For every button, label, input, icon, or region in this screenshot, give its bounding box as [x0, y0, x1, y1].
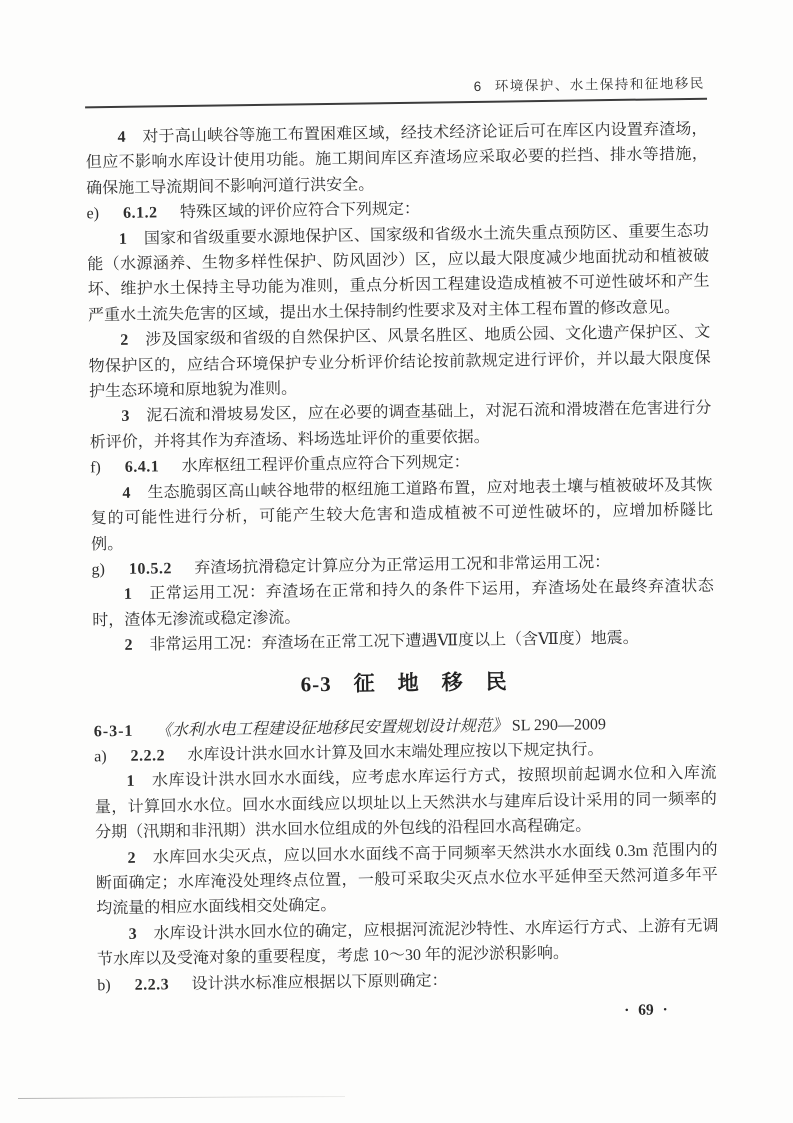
item-number: 3	[129, 926, 137, 943]
clause-text: 水库设计洪水回水计算及回水末端处理应按以下规定执行。	[187, 741, 603, 764]
clause-code: 10.5.2	[129, 560, 172, 578]
clause-code: 2.2.3	[135, 976, 170, 993]
clause-text: 水库枢纽工程评价重点应符合下列规定：	[182, 454, 470, 475]
numbered-item: 1水库设计洪水回水水面线，应考虑水库运行方式，按照坝前起调水位和入库流量，计算回…	[94, 761, 717, 846]
scanned-sheet: 6环境保护、水土保持和征地移民 4对于高山峡谷等施工布置困难区域，经技术经济论证…	[85, 72, 720, 1031]
numbered-item: 1国家和省级重要水源地保护区、国家级和省级水土流失重点预防区、重要生态功能（水源…	[87, 218, 710, 328]
reference-title: 《水利水电工程建设征地移民安置规划设计规范》	[156, 717, 508, 739]
chapter-title: 环境保护、水土保持和征地移民	[495, 76, 705, 94]
item-number: 1	[119, 230, 127, 247]
item-text: 对于高山峡谷等施工布置困难区域，经技术经济论证后可在库区内设置弃渣场，但应不影响…	[86, 121, 708, 197]
clause-text: 特殊区域的评价应符合下列规定：	[180, 201, 420, 221]
item-number: 4	[122, 484, 130, 501]
item-text: 非常运用工况：弃渣场在正常工况下遭遇Ⅶ度以上（含Ⅶ度）地震。	[149, 630, 639, 654]
item-number: 2	[124, 637, 132, 654]
chapter-number: 6	[474, 79, 483, 94]
item-number: 2	[127, 849, 135, 866]
numbered-item: 2水库回水尖灭点，应以回水水面线不高于同频率天然洪水水面线 0.3m 范围内的断…	[95, 837, 718, 922]
numbered-item: 3泥石流和滑坡易发区，应在必要的调查基础上，对泥石流和滑坡潜在危害进行分析评价，…	[89, 396, 712, 455]
numbered-item: 3水库设计洪水回水位的确定，应根据河流泥沙特性、水库运行方式、上游有无调节水库以…	[96, 913, 719, 972]
scan-artifact-line	[18, 1096, 345, 1099]
clause-letter: e)	[86, 205, 99, 222]
clause-text: 设计洪水标准应根据以下原则确定：	[191, 972, 447, 993]
reference-number: 6-3-1	[94, 722, 134, 740]
clause-letter: b)	[97, 977, 111, 994]
item-text: 正常运用工况：弃渣场在正常和持久的条件下运用，弃渣场处在最终弃渣状态时，渣体无渗…	[92, 578, 714, 629]
item-number: 4	[117, 129, 125, 146]
item-text: 水库回水尖灭点，应以回水水面线不高于同频率天然洪水水面线 0.3m 范围内的断面…	[96, 841, 718, 917]
numbered-item: 2涉及国家级和省级的自然保护区、风景名胜区、地质公园、文化遗产保护区、文物保护区…	[88, 320, 711, 405]
document-body: 4对于高山峡谷等施工布置困难区域，经技术经济论证后可在库区内设置弃渣场，但应不影…	[85, 117, 720, 1031]
numbered-item: 1正常运用工况：弃渣场在正常和持久的条件下运用，弃渣场处在最终弃渣状态时，渣体无…	[92, 574, 715, 633]
section-heading: 6-3 征 地 移 民	[93, 663, 715, 702]
clause-letter: g)	[91, 561, 105, 578]
numbered-item: 4生态脆弱区高山峡谷地带的枢纽施工道路布置，应对地表土壤与植被破坏及其恢复的可能…	[90, 472, 713, 557]
item-text: 水库设计洪水回水水面线，应考虑水库运行方式，按照坝前起调水位和入库流量，计算回水…	[95, 765, 717, 841]
running-header: 6环境保护、水土保持和征地移民	[85, 72, 707, 101]
item-text: 国家和省级重要水源地保护区、国家级和省级水土流失重点预防区、重要生态功能（水源涵…	[87, 222, 710, 324]
item-number: 1	[124, 586, 132, 603]
clause-letter: a)	[94, 748, 107, 765]
reference-code: SL 290—2009	[512, 716, 606, 734]
item-text: 生态脆弱区高山峡谷地带的枢纽施工道路布置，应对地表土壤与植被破坏及其恢复的可能性…	[91, 476, 713, 552]
numbered-item: 4对于高山峡谷等施工布置困难区域，经技术经济论证后可在库区内设置弃渣场，但应不影…	[85, 117, 708, 202]
clause-text: 弃渣场抗滑稳定计算应分为正常运用工况和非常运用工况：	[194, 554, 610, 577]
clause-code: 2.2.2	[130, 747, 165, 764]
clause-code: 6.4.1	[125, 459, 160, 476]
page-number: · 69 ·	[98, 997, 720, 1031]
item-text: 涉及国家级和省级的自然保护区、风景名胜区、地质公园、文化遗产保护区、文物保护区的…	[89, 324, 711, 400]
item-number: 3	[121, 408, 129, 425]
item-text: 泥石流和滑坡易发区，应在必要的调查基础上，对泥石流和滑坡潜在危害进行分析评价，并…	[90, 400, 712, 451]
header-rule	[85, 98, 707, 109]
item-number: 2	[120, 332, 128, 349]
item-number: 1	[126, 773, 134, 790]
clause-letter: f)	[90, 459, 101, 476]
clause-code: 6.1.2	[123, 205, 158, 222]
item-text: 水库设计洪水回水位的确定，应根据河流泥沙特性、水库运行方式、上游有无调节水库以及…	[97, 917, 719, 968]
document-page: 6环境保护、水土保持和征地移民 4对于高山峡谷等施工布置困难区域，经技术经济论证…	[0, 0, 793, 1123]
